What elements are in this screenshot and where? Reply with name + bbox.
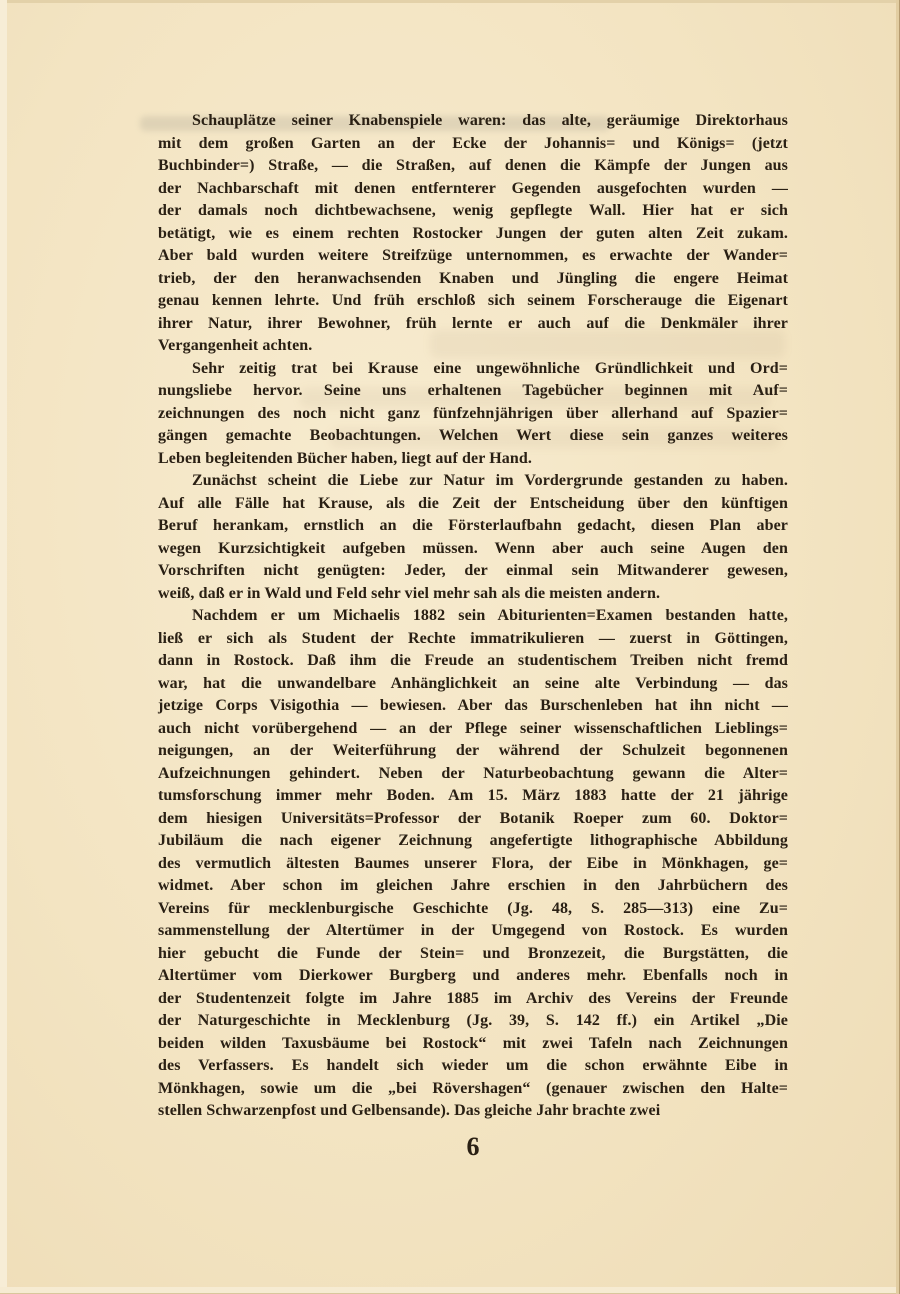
text-line: Jubiläum die nach eigener Zeichnung ange… [158,830,788,853]
text-line: gängen gemachte Beobachtungen. Welchen W… [158,425,788,448]
text-line: beiden wilden Taxusbäume bei Rostock“ mi… [158,1033,788,1056]
text-line: Vergangenheit achten. [158,335,788,358]
text-line: stellen Schwarzenpfost und Gelbensande).… [158,1100,788,1123]
text-line: hier gebucht die Funde der Stein= und Br… [158,943,788,966]
text-line: Leben begleitenden Bücher haben, liegt a… [158,448,788,471]
text-line: Zunächst scheint die Liebe zur Natur im … [158,470,788,493]
text-line: sammenstellung der Altertümer in der Umg… [158,920,788,943]
text-line: Schauplätze seiner Knabenspiele waren: d… [158,110,788,133]
text-line: der damals noch dichtbewachsene, wenig g… [158,200,788,223]
text-line: Aufzeichnungen gehindert. Neben der Natu… [158,763,788,786]
text-line: dann in Rostock. Daß ihm die Freude an s… [158,650,788,673]
text-line: der Studentenzeit folgte im Jahre 1885 i… [158,988,788,1011]
page-number: 6 [158,1132,788,1162]
text-line: dem hiesigen Universitäts=Professor der … [158,808,788,831]
text-line: der Nachbarschaft mit denen entfernterer… [158,178,788,201]
text-line: des vermutlich ältesten Baumes unserer F… [158,853,788,876]
text-line: Aber bald wurden weitere Streifzüge unte… [158,245,788,268]
text-line: des Verfassers. Es handelt sich wieder u… [158,1055,788,1078]
text-line: jetzige Corps Visigothia — bewiesen. Abe… [158,695,788,718]
text-line: Vereins für mecklenburgische Geschichte … [158,898,788,921]
text-line: widmet. Aber schon im gleichen Jahre ers… [158,875,788,898]
text-line: mit dem großen Garten an der Ecke der Jo… [158,133,788,156]
text-line: Altertümer vom Dierkower Burgberg und an… [158,965,788,988]
text-line: auch nicht vorübergehend — an der Pflege… [158,718,788,741]
text-line: nungsliebe hervor. Seine uns erhaltenen … [158,380,788,403]
text-line: ließ er sich als Student der Rechte imma… [158,628,788,651]
text-line: neigungen, an der Weiterführung der währ… [158,740,788,763]
text-line: wegen Kurzsichtigkeit aufgeben müssen. W… [158,538,788,561]
text-block: Schauplätze seiner Knabenspiele waren: d… [158,110,788,1123]
text-line: Auf alle Fälle hat Krause, als die Zeit … [158,493,788,516]
text-line: Mönkhagen, sowie um die „bei Rövershagen… [158,1078,788,1101]
text-line: tumsforschung immer mehr Boden. Am 15. M… [158,785,788,808]
text-line: trieb, der den heranwachsenden Knaben un… [158,268,788,291]
text-line: der Naturgeschichte in Mecklenburg (Jg. … [158,1010,788,1033]
text-line: genau kennen lehrte. Und früh erschloß s… [158,290,788,313]
text-line: weiß, daß er in Wald und Feld sehr viel … [158,583,788,606]
text-line: Nachdem er um Michaelis 1882 sein Abitur… [158,605,788,628]
text-line: zeichnungen des noch nicht ganz fünfzehn… [158,403,788,426]
text-line: Beruf herankam, ernstlich an die Förster… [158,515,788,538]
text-line: ihrer Natur, ihrer Bewohner, früh lernte… [158,313,788,336]
text-line: Sehr zeitig trat bei Krause eine ungewöh… [158,358,788,381]
text-line: Vorschriften nicht genügten: Jeder, der … [158,560,788,583]
text-line: betätigt, wie es einem rechten Rostocker… [158,223,788,246]
text-line: war, hat die unwandelbare Anhänglichkeit… [158,673,788,696]
book-page-scan: Schauplätze seiner Knabenspiele waren: d… [0,0,900,1294]
text-line: Buchbinder=) Straße, — die Straßen, auf … [158,155,788,178]
